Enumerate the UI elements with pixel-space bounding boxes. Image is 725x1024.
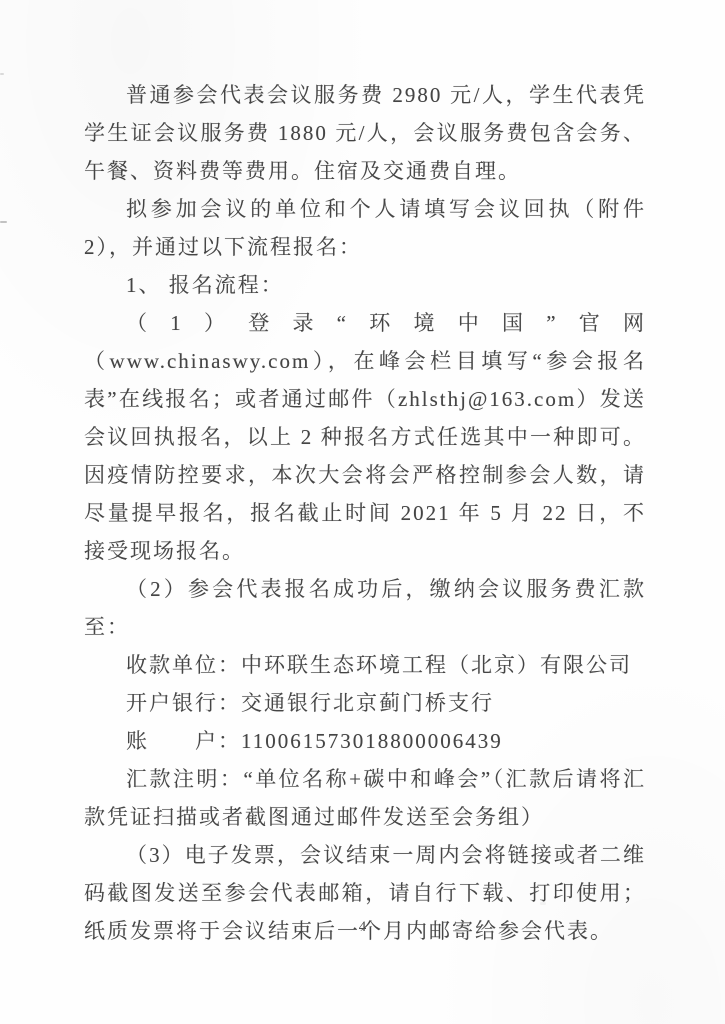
- line-bank: 开户银行：交通银行北京蓟门桥支行: [84, 684, 646, 722]
- scan-artifact: [0, 221, 7, 223]
- paragraph-return-receipt: 拟参加会议的单位和个人请填写会议回执（附件 2），并通过以下流程报名：: [84, 190, 646, 266]
- paragraph-fees: 普通参会代表会议服务费 2980 元/人，学生代表凭学生证会议服务费 1880 …: [84, 76, 646, 190]
- line-payee: 收款单位：中环联生态环境工程（北京）有限公司: [84, 646, 646, 684]
- paragraph-step-2-payment: （2）参会代表报名成功后，缴纳会议服务费汇款至：: [84, 570, 646, 646]
- page-number: 4: [0, 919, 725, 936]
- paragraph-step-1-registration: （1）登录“环境中国”官网（www.chinaswy.com），在峰会栏目填写“…: [84, 304, 646, 570]
- scan-artifact: [0, 73, 4, 75]
- paragraph-remittance-note: 汇款注明：“单位名称+碳中和峰会”（汇款后请将汇款凭证扫描或者截图通过邮件发送至…: [84, 760, 646, 836]
- heading-registration-process: 1、 报名流程：: [84, 266, 646, 304]
- scanned-document-page: 普通参会代表会议服务费 2980 元/人，学生代表凭学生证会议服务费 1880 …: [0, 0, 725, 1024]
- line-account-number: 账 户：110061573018800006439: [84, 722, 646, 760]
- document-body: 普通参会代表会议服务费 2980 元/人，学生代表凭学生证会议服务费 1880 …: [84, 76, 646, 950]
